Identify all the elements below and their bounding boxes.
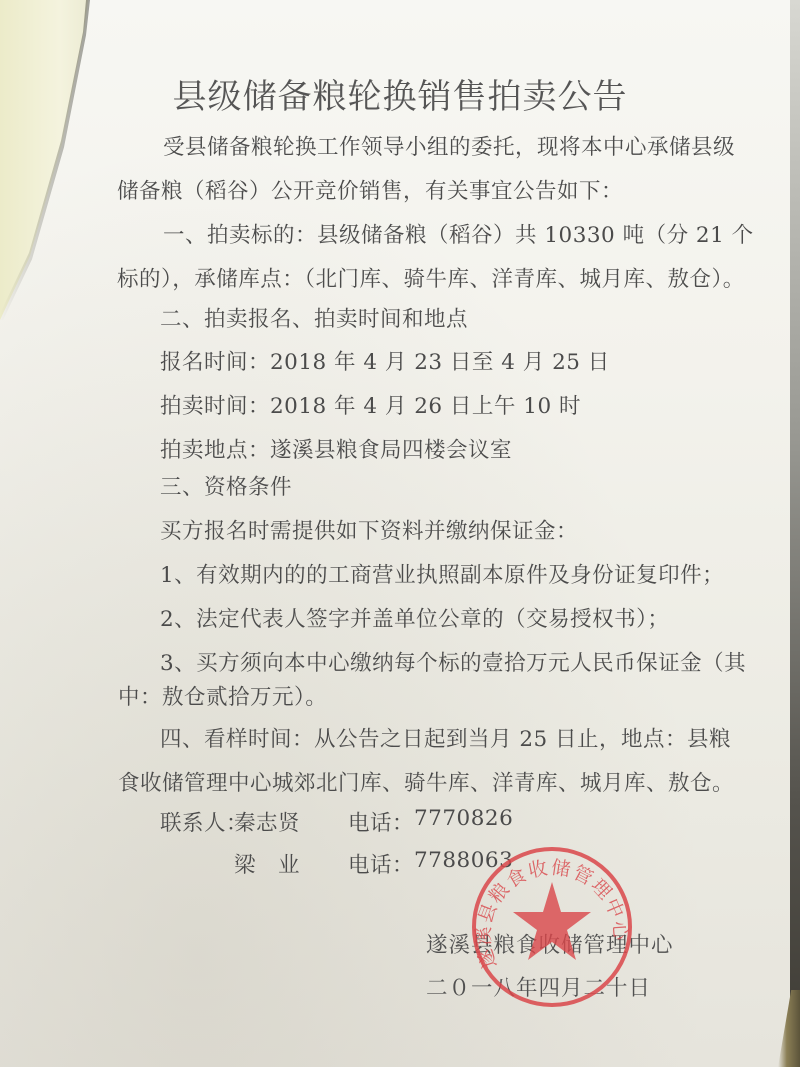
requirement-item-1: 1、有效期内的的工商营业执照副本原件及身份证复印件； [160, 558, 724, 589]
registration-time: 报名时间：2018 年 4 月 23 日至 4 月 25 日 [160, 345, 610, 376]
contact-phone-1: 7770826 [414, 806, 513, 831]
contact-name-2: 梁 业 [234, 848, 300, 879]
intro-line-2: 储备粮（稻谷）公开竞价销售，有关事宜公告如下： [117, 174, 623, 205]
section-3-lead: 买方报名时需提供如下资料并缴纳保证金： [160, 514, 578, 545]
section-4-line-2: 食收储管理中心城郊北门库、骑牛库、洋青库、城月库、敖仓。 [118, 766, 734, 797]
requirement-item-2: 2、法定代表人签字并盖单位公章的（交易授权书）； [160, 602, 669, 633]
auction-time: 拍卖时间：2018 年 4 月 26 日上午 10 时 [160, 389, 581, 420]
section-3-heading: 三、资格条件 [160, 470, 292, 501]
official-seal-stamp: 遂溪县粮食收储管理中心 [467, 842, 637, 1012]
section-2-heading: 二、拍卖报名、拍卖时间和地点 [160, 302, 468, 333]
page-right-edge [790, 0, 800, 1067]
star-icon [513, 882, 591, 960]
section-1-line-1: 一、拍卖标的：县级储备粮（稻谷）共 10330 吨（分 21 个 [163, 218, 754, 249]
requirement-item-3-line-2: 中：敖仓贰拾万元）。 [118, 680, 327, 711]
contact-phone-label-1: 电话： [348, 806, 414, 837]
contact-phone-label-2: 电话： [348, 848, 414, 879]
auction-place: 拍卖地点：遂溪县粮食局四楼会议室 [160, 433, 512, 464]
section-1-line-2: 标的），承储库点：（北门库、骑牛库、洋青库、城月库、敖仓）。 [117, 262, 745, 293]
contact-name-1: 秦志贤 [234, 806, 300, 837]
intro-line-1: 受县储备粮轮换工作领导小组的委托，现将本中心承储县级 [163, 130, 735, 161]
document-title: 县级储备粮轮换销售拍卖公告 [0, 69, 800, 118]
requirement-item-3-line-1: 3、买方须向本中心缴纳每个标的壹拾万元人民币保证金（其 [160, 646, 746, 677]
section-4-line-1: 四、看样时间：从公告之日起到当月 25 日止，地点：县粮 [160, 722, 731, 753]
